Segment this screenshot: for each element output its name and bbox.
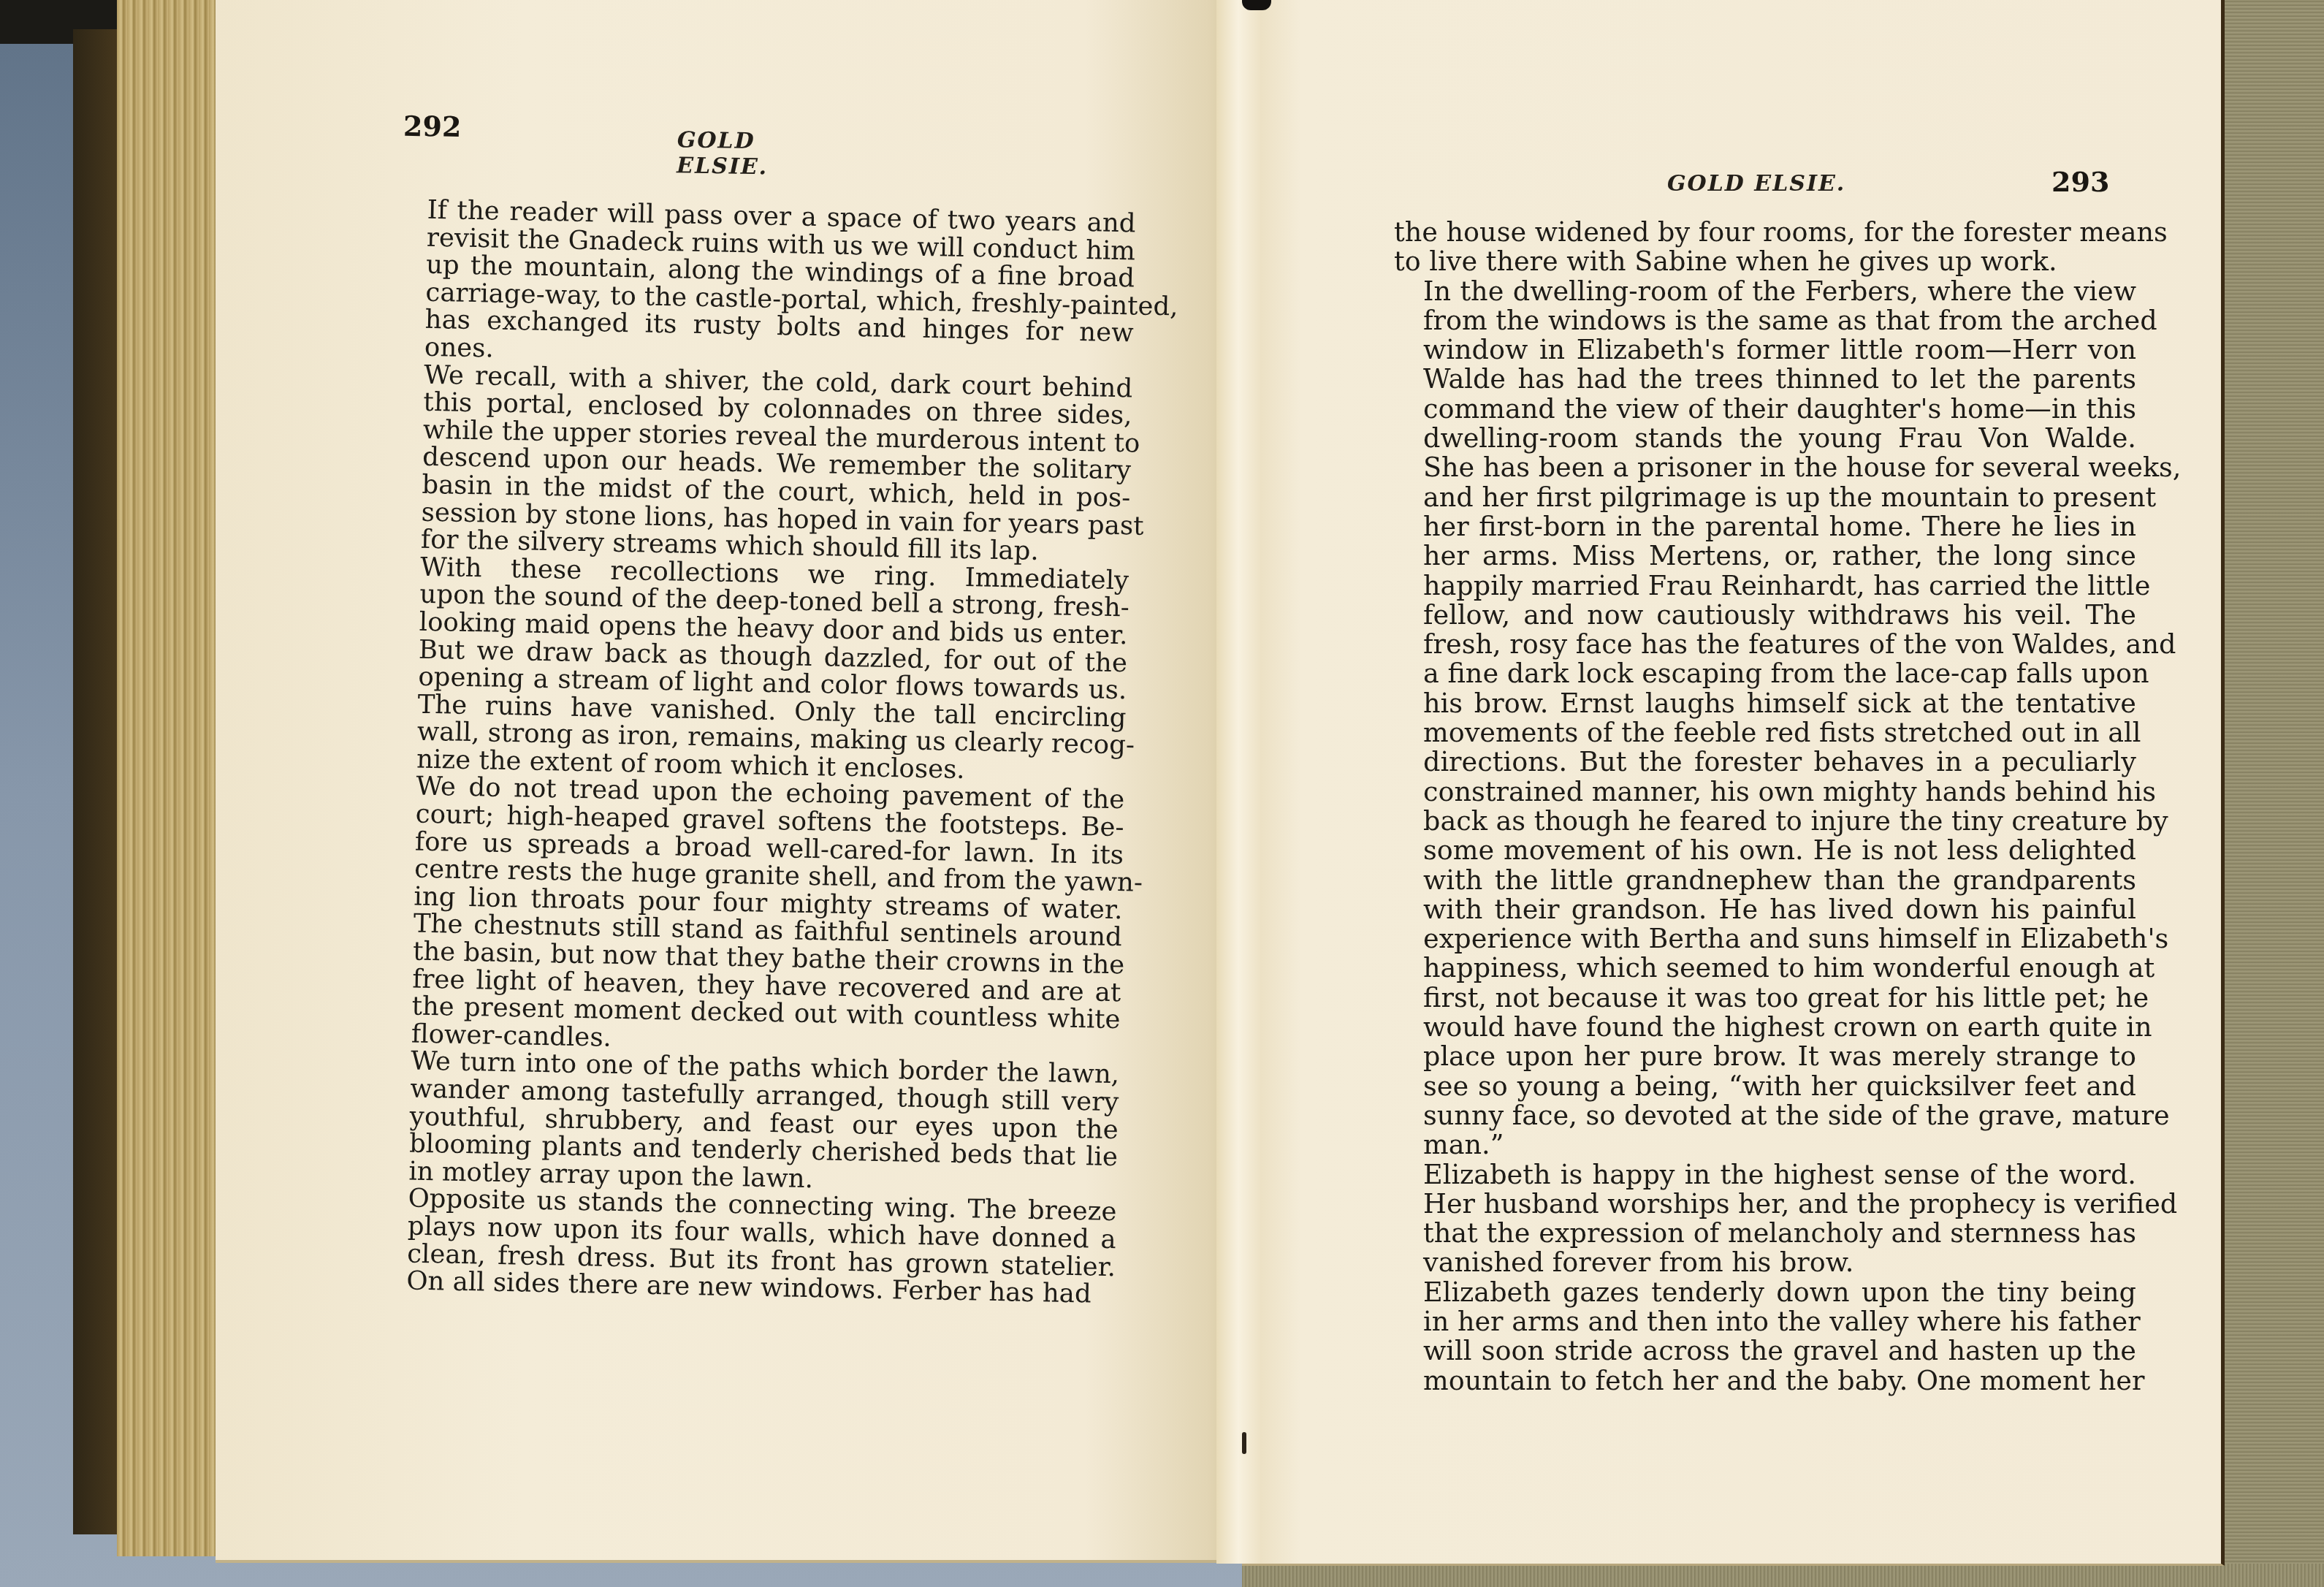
running-head-left: GOLD ELSIE. [677, 127, 769, 180]
text-line: will soon stride across the gravel and h… [1394, 1336, 2136, 1366]
paragraph: the house widened by four rooms, for the… [1394, 218, 2136, 277]
text-line: back as though he feared to injure the t… [1394, 807, 2136, 836]
page-number-left: 292 [403, 110, 462, 143]
text-line: in her arms and then into the valley whe… [1394, 1307, 2136, 1336]
book-gutter [1216, 0, 1260, 1564]
paragraph: With these recollections we ring. Immedi… [387, 553, 1129, 787]
text-line: sunny face, so devoted at the side of th… [1394, 1101, 2136, 1130]
text-line: her arms. Miss Mertens, or, rather, the … [1394, 541, 2136, 571]
text-line: experience with Bertha and suns himself … [1394, 924, 2136, 954]
text-line: his brow. Ernst laughs himself sick at t… [1394, 689, 2136, 718]
text-line: She has been a prisoner in the house for… [1394, 453, 2136, 482]
text-line: vanished forever from his brow. [1394, 1248, 2136, 1277]
text-line: Elizabeth is happy in the highest sense … [1394, 1160, 2136, 1190]
text-line: place upon her pure brow. It was merely … [1394, 1042, 2136, 1071]
text-line: window in Elizabeth's former little room… [1394, 335, 2136, 365]
text-line: would have found the highest crown on ea… [1394, 1013, 2136, 1042]
text-line: movements of the feeble red fists stretc… [1394, 718, 2136, 747]
text-line: first, not because it was too great for … [1394, 983, 2136, 1013]
text-line: some movement of his own. He is not less… [1394, 836, 2136, 865]
paragraph: If the reader will pass over a space of … [395, 196, 1136, 375]
text-line: Her husband worships her, and the prophe… [1394, 1190, 2136, 1219]
text-line: command the view of their daughter's hom… [1394, 395, 2136, 424]
text-line: mountain to fetch her and the baby. One … [1394, 1366, 2136, 1396]
paragraph: We do not tread upon the echoing pavemen… [382, 772, 1125, 1061]
bottom-cloth-cover [1242, 1564, 2324, 1587]
paragraph: Elizabeth is happy in the highest sense … [1394, 1160, 2136, 1278]
text-line: from the windows is the same as that fro… [1394, 306, 2136, 335]
text-line: the house widened by four rooms, for the… [1394, 218, 2136, 247]
page-number-right: 293 [2051, 165, 2109, 198]
text-line: happiness, which seemed to him wonderful… [1394, 954, 2136, 983]
text-line: with their grandson. He has lived down h… [1394, 895, 2136, 924]
left-page-stack [117, 0, 219, 1556]
text-line: and her first pilgrimage is up the mount… [1394, 483, 2136, 512]
text-line: In the dwelling-room of the Ferbers, whe… [1394, 277, 2136, 306]
paragraph: We turn into one of the paths which bord… [379, 1047, 1119, 1198]
text-line: happily married Frau Reinhardt, has carr… [1394, 571, 2136, 601]
text-line: directions. But the forester behaves in … [1394, 747, 2136, 777]
right-page-body: the house widened by four rooms, for the… [1394, 218, 2136, 1396]
text-line: constrained manner, his own mighty hands… [1394, 777, 2136, 807]
text-line: to live there with Sabine when he gives … [1394, 247, 2136, 276]
text-line: dwelling-room stands the young Frau Von … [1394, 424, 2136, 453]
text-line: man.” [1394, 1130, 2136, 1160]
text-line: a fine dark lock escaping from the lace-… [1394, 659, 2136, 688]
paragraph: We recall, with a shiver, the cold, dark… [392, 361, 1133, 567]
paragraph: Opposite us stands the connecting wing. … [377, 1184, 1117, 1309]
text-line: fresh, rosy face has the features of the… [1394, 630, 2136, 659]
text-line: Walde has had the trees thinned to let t… [1394, 365, 2136, 394]
text-line: with the little grandnephew than the gra… [1394, 866, 2136, 895]
bookmark-ribbon-icon [1242, 0, 1271, 10]
text-line: that the expression of melancholy and st… [1394, 1219, 2136, 1248]
left-page-body: If the reader will pass over a space of … [377, 196, 1136, 1309]
paragraph: In the dwelling-room of the Ferbers, whe… [1394, 277, 2136, 1160]
text-line: her first-born in the parental home. The… [1394, 512, 2136, 541]
text-line: see so young a being, “with her quicksil… [1394, 1072, 2136, 1101]
running-head-right: GOLD ELSIE. [1667, 171, 1845, 197]
paragraph: Elizabeth gazes tenderly down upon the t… [1394, 1278, 2136, 1396]
text-line: fellow, and now cautiously withdraws his… [1394, 601, 2136, 630]
text-line: Elizabeth gazes tenderly down upon the t… [1394, 1278, 2136, 1307]
gutter-blemish [1242, 1432, 1246, 1454]
right-cloth-cover [2221, 0, 2324, 1587]
